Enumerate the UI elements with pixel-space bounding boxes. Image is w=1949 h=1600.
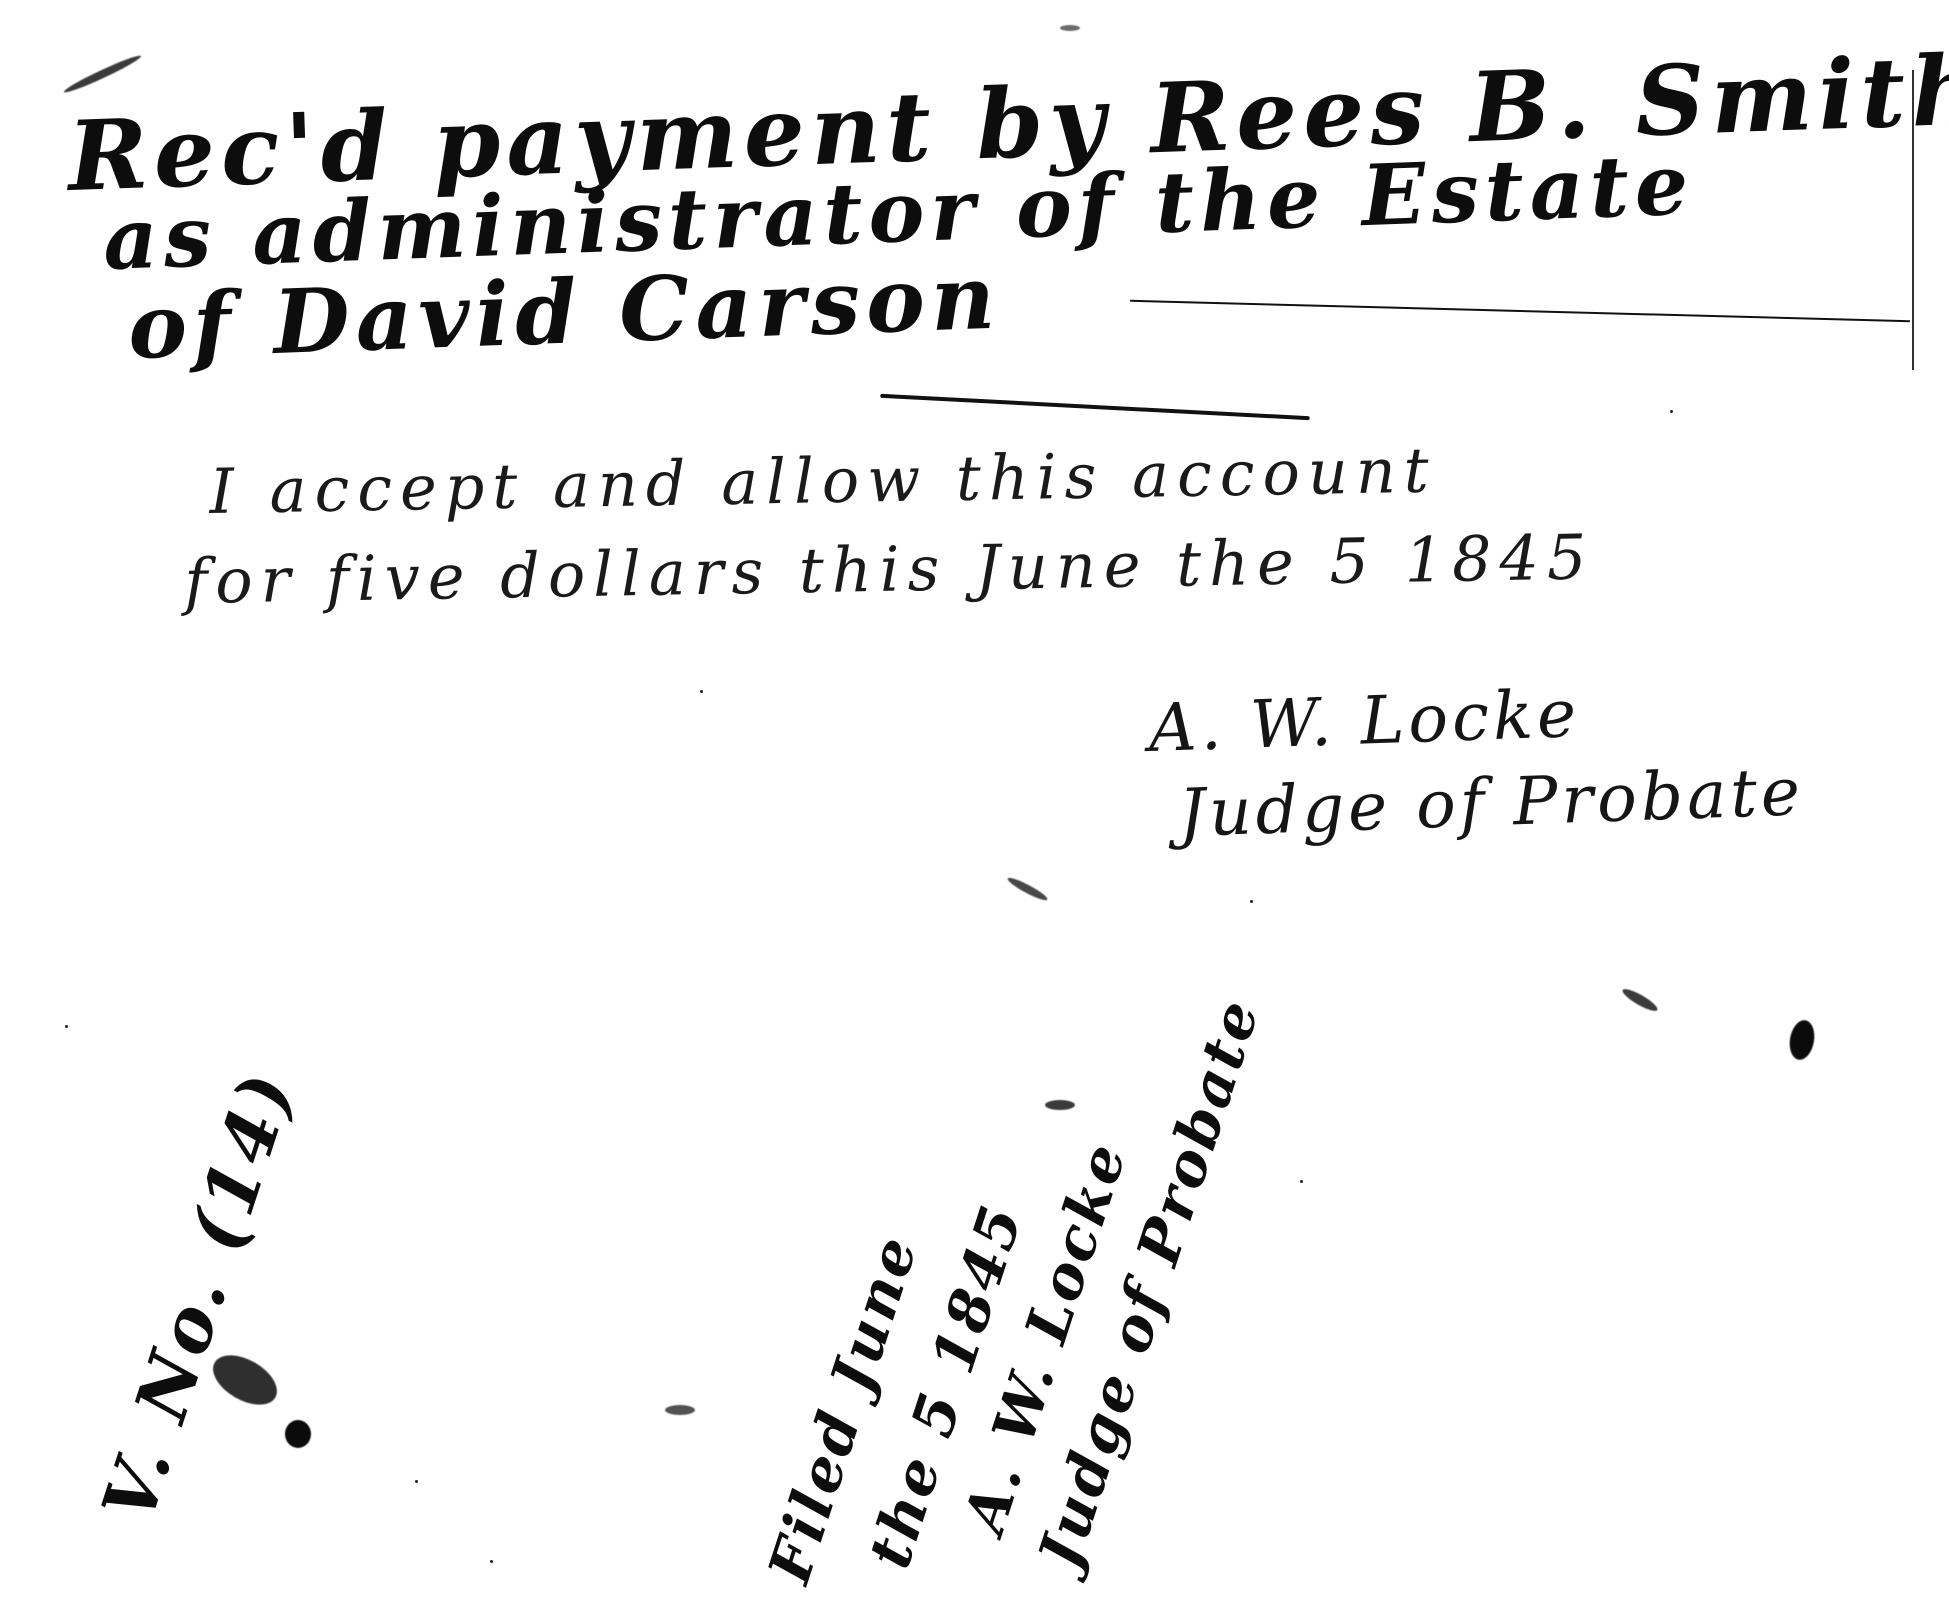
- ink-smudge: [1006, 875, 1049, 903]
- docket-number: V. No. (14): [85, 1059, 311, 1531]
- ink-smudge: [285, 1420, 311, 1448]
- ink-smudge: [1787, 1018, 1818, 1062]
- paper-speck: [700, 690, 703, 693]
- paper-speck: [1670, 410, 1673, 413]
- flourish-underline: [880, 394, 1310, 420]
- ink-smudge: [62, 52, 142, 95]
- paper-speck: [1250, 900, 1253, 903]
- paper-speck: [65, 1025, 68, 1028]
- scan-edge-line: [1912, 70, 1914, 370]
- ink-smudge: [1620, 986, 1660, 1015]
- allowance-line-1: I accept and allow this account: [209, 434, 1437, 528]
- ink-smudge: [1045, 1100, 1075, 1110]
- signature-title: Judge of Probate: [1177, 753, 1805, 852]
- paper-speck: [415, 1480, 418, 1483]
- allowance-line-2: for five dollars this June the 5 1845: [184, 520, 1595, 618]
- document-page: Rec'd payment by Rees B. Smith as admini…: [0, 0, 1949, 1600]
- signature-name: A. W. Locke: [1147, 675, 1581, 767]
- ink-smudge: [665, 1405, 695, 1415]
- paper-speck: [1300, 1180, 1303, 1183]
- ink-smudge: [1060, 25, 1080, 31]
- paper-speck: [490, 1560, 493, 1563]
- strike-line: [1130, 300, 1910, 322]
